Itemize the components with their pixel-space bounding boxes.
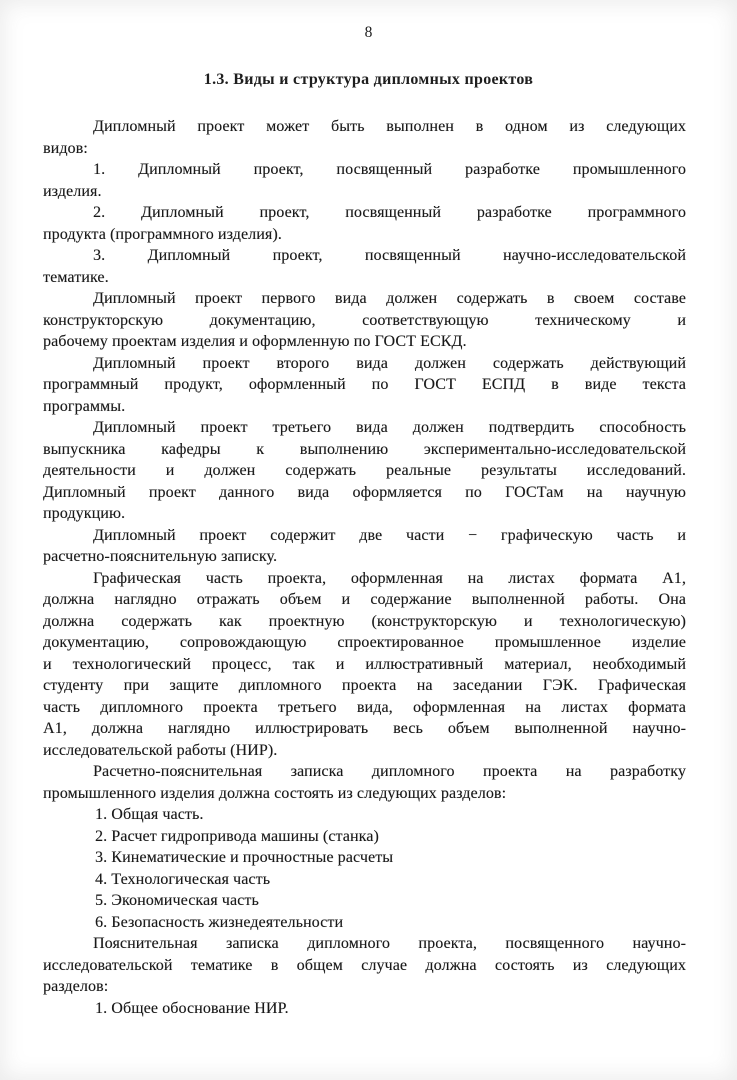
text-line: Дипломный проект третьего вида должен по…: [43, 417, 686, 439]
paragraph: 1. Дипломный проект, посвященный разрабо…: [43, 159, 686, 202]
text-line: разделов:: [43, 976, 686, 998]
text-line: исследовательской работы (НИР).: [43, 740, 686, 762]
document-body: Дипломный проект может быть выполнен в о…: [43, 116, 686, 1019]
text-line: Графическая часть проекта, оформленная н…: [43, 568, 686, 590]
text-line: часть дипломного проекта третьего вида, …: [43, 697, 686, 719]
paragraph: Дипломный проект третьего вида должен по…: [43, 417, 686, 525]
text-line: 6. Безопасность жизнедеятельности: [43, 912, 686, 934]
text-line: Пояснительная записка дипломного проекта…: [43, 933, 686, 955]
text-line: изделия.: [43, 181, 686, 203]
section-heading: 1.3. Виды и структура дипломных проектов: [0, 71, 737, 89]
scanned-document-page: 8 1.3. Виды и структура дипломных проект…: [0, 0, 737, 1080]
text-line: 1. Общее обоснование НИР.: [43, 998, 686, 1020]
paragraph: Дипломный проект первого вида должен сод…: [43, 288, 686, 353]
list-item: 4. Технологическая часть: [43, 869, 686, 891]
paragraph: 2. Дипломный проект, посвященный разрабо…: [43, 202, 686, 245]
text-line: 1. Дипломный проект, посвященный разрабо…: [43, 159, 686, 181]
text-line: конструкторскую документацию, соответств…: [43, 310, 686, 332]
text-line: 5. Экономическая часть: [43, 890, 686, 912]
text-line: тематике.: [43, 267, 686, 289]
list-item: 1. Общее обоснование НИР.: [43, 998, 686, 1020]
page-number: 8: [0, 24, 737, 42]
text-line: расчетно-пояснительную записку.: [43, 546, 686, 568]
text-line: программный продукт, оформленный по ГОСТ…: [43, 374, 686, 396]
list-item: 5. Экономическая часть: [43, 890, 686, 912]
text-line: продукцию.: [43, 503, 686, 525]
list-item: 2. Расчет гидропривода машины (станка): [43, 826, 686, 848]
paragraph: Дипломный проект содержит две части − гр…: [43, 525, 686, 568]
text-line: 2. Расчет гидропривода машины (станка): [43, 826, 686, 848]
text-line: Дипломный проект данного вида оформляетс…: [43, 482, 686, 504]
text-line: студенту при защите дипломного проекта н…: [43, 675, 686, 697]
text-line: и технологический процесс, так и иллюстр…: [43, 654, 686, 676]
paragraph: Расчетно-пояснительная записка дипломног…: [43, 761, 686, 804]
text-line: Дипломный проект второго вида должен сод…: [43, 353, 686, 375]
text-line: рабочему проектам изделия и оформленную …: [43, 331, 686, 353]
text-line: должна наглядно отражать объем и содержа…: [43, 589, 686, 611]
text-line: программы.: [43, 396, 686, 418]
text-line: Дипломный проект может быть выполнен в о…: [43, 116, 686, 138]
text-line: 4. Технологическая часть: [43, 869, 686, 891]
paragraph: Дипломный проект может быть выполнен в о…: [43, 116, 686, 159]
list-item: 1. Общая часть.: [43, 804, 686, 826]
text-line: промышленного изделия должна состоять из…: [43, 783, 686, 805]
text-line: выпускника кафедры к выполнению эксперим…: [43, 439, 686, 461]
paragraph: Дипломный проект второго вида должен сод…: [43, 353, 686, 418]
text-line: Расчетно-пояснительная записка дипломног…: [43, 761, 686, 783]
text-line: документацию, сопровождающую спроектиров…: [43, 632, 686, 654]
text-line: видов:: [43, 138, 686, 160]
text-line: продукта (программного изделия).: [43, 224, 686, 246]
text-line: 2. Дипломный проект, посвященный разрабо…: [43, 202, 686, 224]
paragraph: 3. Дипломный проект, посвященный научно-…: [43, 245, 686, 288]
text-line: 3. Дипломный проект, посвященный научно-…: [43, 245, 686, 267]
paragraph: Пояснительная записка дипломного проекта…: [43, 933, 686, 998]
text-line: деятельности и должен содержать реальные…: [43, 460, 686, 482]
text-line: 1. Общая часть.: [43, 804, 686, 826]
text-line: Дипломный проект содержит две части − гр…: [43, 525, 686, 547]
text-line: Дипломный проект первого вида должен сод…: [43, 288, 686, 310]
list-item: 6. Безопасность жизнедеятельности: [43, 912, 686, 934]
text-line: А1, должна наглядно иллюстрировать весь …: [43, 718, 686, 740]
text-line: исследовательской тематике в общем случа…: [43, 955, 686, 977]
text-line: должна содержать как проектную (конструк…: [43, 611, 686, 633]
list-item: 3. Кинематические и прочностные расчеты: [43, 847, 686, 869]
text-line: 3. Кинематические и прочностные расчеты: [43, 847, 686, 869]
paragraph: Графическая часть проекта, оформленная н…: [43, 568, 686, 762]
